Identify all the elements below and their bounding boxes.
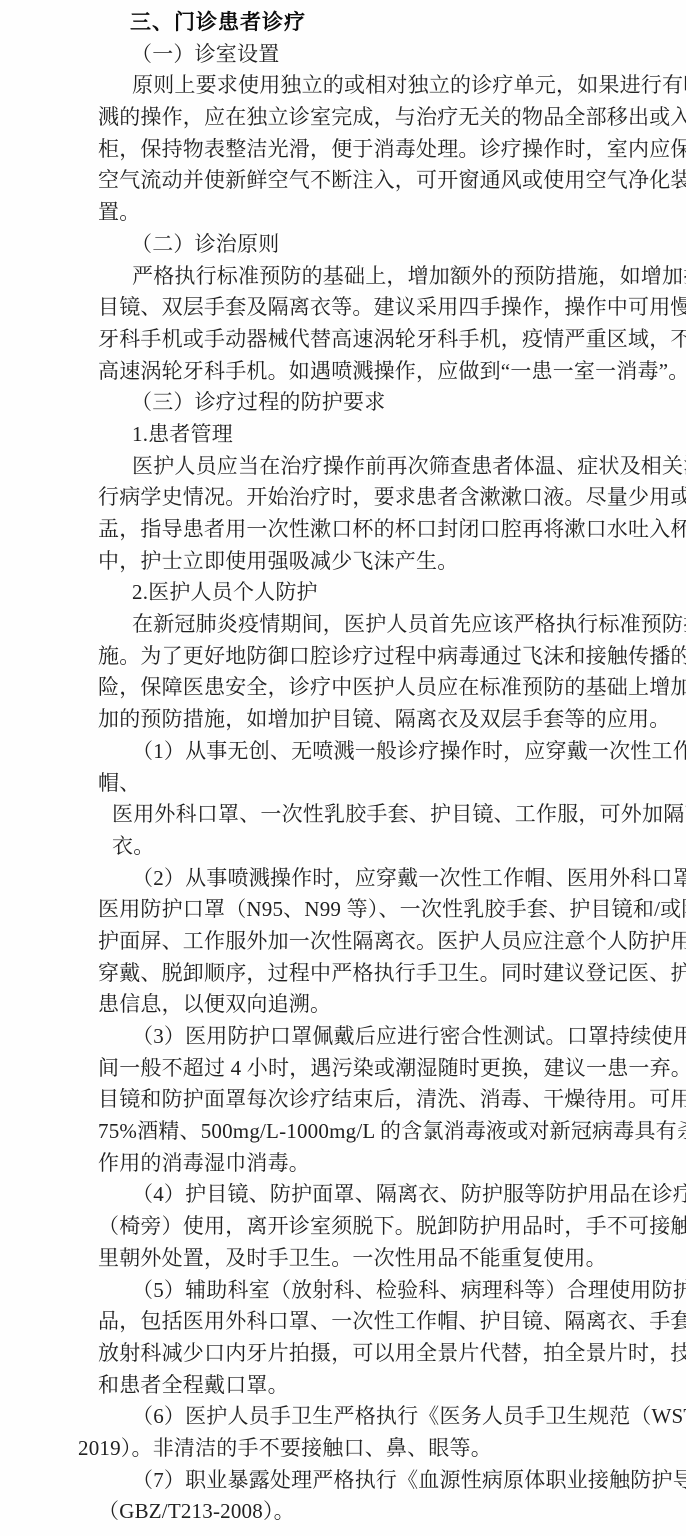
text-line: 间一般不超过 4 小时，遇污染或潮湿随时更换，建议一患一弃。护 xyxy=(98,1053,686,1085)
text-line: （6）医护人员手卫生严格执行《医务人员手卫生规范（WST313- xyxy=(132,1401,686,1433)
text-line: 空气流动并使新鲜空气不断注入，可开窗通风或使用空气净化装 xyxy=(98,165,686,197)
text-line: 高速涡轮牙科手机。如遇喷溅操作，应做到“一患一室一消毒”。 xyxy=(98,356,686,388)
text-line: （椅旁）使用，离开诊室须脱下。脱卸防护用品时，手不可接触污染面， xyxy=(98,1211,686,1243)
text-line: （7）职业暴露处理严格执行《血源性病原体职业接触防护导则》 xyxy=(132,1465,686,1497)
text-line: 目镜、双层手套及隔离衣等。建议采用四手操作，操作中可用慢速 xyxy=(98,292,686,324)
text-line: 作用的消毒湿巾消毒。 xyxy=(98,1148,686,1180)
text-line: 2.医护人员个人防护 xyxy=(132,577,686,609)
text-line: 行病学史情况。开始治疗时，要求患者含漱漱口液。尽量少用或不用痰 xyxy=(98,482,686,514)
subsection-heading: （一）诊室设置 xyxy=(131,39,686,71)
text-line: （2）从事喷溅操作时，应穿戴一次性工作帽、医用外科口罩或 xyxy=(132,863,686,895)
text-line: 医用防护口罩（N95、N99 等）、一次性乳胶手套、护目镜和/或防 xyxy=(98,894,686,926)
text-line: （5）辅助科室（放射科、检验科、病理科等）合理使用防护用 xyxy=(132,1275,686,1307)
text-line: 衣。 xyxy=(112,831,686,863)
text-line: 在新冠肺炎疫情期间，医护人员首先应该严格执行标准预防措 xyxy=(132,609,686,641)
text-line: 护面屏、工作服外加一次性隔离衣。医护人员应注意个人防护用品 xyxy=(98,926,686,958)
text-line: 里朝外处置，及时手卫生。一次性用品不能重复使用。 xyxy=(98,1243,686,1275)
text-line: 帽、 xyxy=(98,768,686,800)
text-line: 患信息，以便双向追溯。 xyxy=(98,989,686,1021)
text-line: 置。 xyxy=(98,197,686,229)
text-line: （4）护目镜、防护面罩、隔离衣、防护服等防护用品在诊疗单元 xyxy=(132,1179,686,1211)
text-line: 2019）。非清洁的手不要接触口、鼻、眼等。 xyxy=(78,1433,686,1465)
text-line: 穿戴、脱卸顺序，过程中严格执行手卫生。同时建议登记医、护、 xyxy=(98,958,686,990)
text-line: 施。为了更好地防御口腔诊疗过程中病毒通过飞沫和接触传播的风 xyxy=(98,641,686,673)
text-line: 放射科减少口内牙片拍摄，可以用全景片代替，拍全景片时，技术员 xyxy=(98,1338,686,1370)
document-page: 三、门诊患者诊疗（一）诊室设置原则上要求使用独立的或相对独立的诊疗单元，如果进行… xyxy=(0,0,686,1536)
text-line: （1）从事无创、无喷溅一般诊疗操作时，应穿戴一次性工作 xyxy=(132,736,686,768)
document-text-block: 三、门诊患者诊疗（一）诊室设置原则上要求使用独立的或相对独立的诊疗单元，如果进行… xyxy=(0,0,686,1528)
subsection-heading: （二）诊治原则 xyxy=(131,229,686,261)
text-line: 75%酒精、500mg/L-1000mg/L 的含氯消毒液或对新冠病毒具有杀灭 xyxy=(98,1116,686,1148)
text-line: 目镜和防护面罩每次诊疗结束后，清洗、消毒、干燥待用。可用 xyxy=(98,1084,686,1116)
text-line: 险，保障医患安全，诊疗中医护人员应在标准预防的基础上增加附 xyxy=(98,672,686,704)
text-line: 和患者全程戴口罩。 xyxy=(98,1370,686,1402)
text-line: 原则上要求使用独立的或相对独立的诊疗单元，如果进行有喷 xyxy=(132,70,686,102)
subsection-heading: （三）诊疗过程的防护要求 xyxy=(131,387,686,419)
text-line: 溅的操作，应在独立诊室完成，与治疗无关的物品全部移出或入 xyxy=(98,102,686,134)
text-line: （GBZ/T213-2008）。 xyxy=(98,1496,686,1528)
document-heading: 三、门诊患者诊疗 xyxy=(130,7,686,39)
text-line: 加的预防措施，如增加护目镜、隔离衣及双层手套等的应用。 xyxy=(98,704,686,736)
text-line: 严格执行标准预防的基础上，增加额外的预防措施，如增加护 xyxy=(132,261,686,293)
text-line: 1.患者管理 xyxy=(132,419,686,451)
text-line: 医用外科口罩、一次性乳胶手套、护目镜、工作服，可外加隔离 xyxy=(112,799,686,831)
text-line: （3）医用防护口罩佩戴后应进行密合性测试。口罩持续使用时 xyxy=(132,1021,686,1053)
text-line: 品，包括医用外科口罩、一次性工作帽、护目镜、隔离衣、手套等。 xyxy=(98,1306,686,1338)
text-line: 中，护士立即使用强吸减少飞沫产生。 xyxy=(98,546,686,578)
text-line: 柜，保持物表整洁光滑，便于消毒处理。诊疗操作时，室内应保持 xyxy=(98,134,686,166)
text-line: 医护人员应当在治疗操作前再次筛查患者体温、症状及相关流 xyxy=(132,451,686,483)
text-line: 牙科手机或手动器械代替高速涡轮牙科手机，疫情严重区域，不用 xyxy=(98,324,686,356)
text-line: 盂，指导患者用一次性漱口杯的杯口封闭口腔再将漱口水吐入杯 xyxy=(98,514,686,546)
